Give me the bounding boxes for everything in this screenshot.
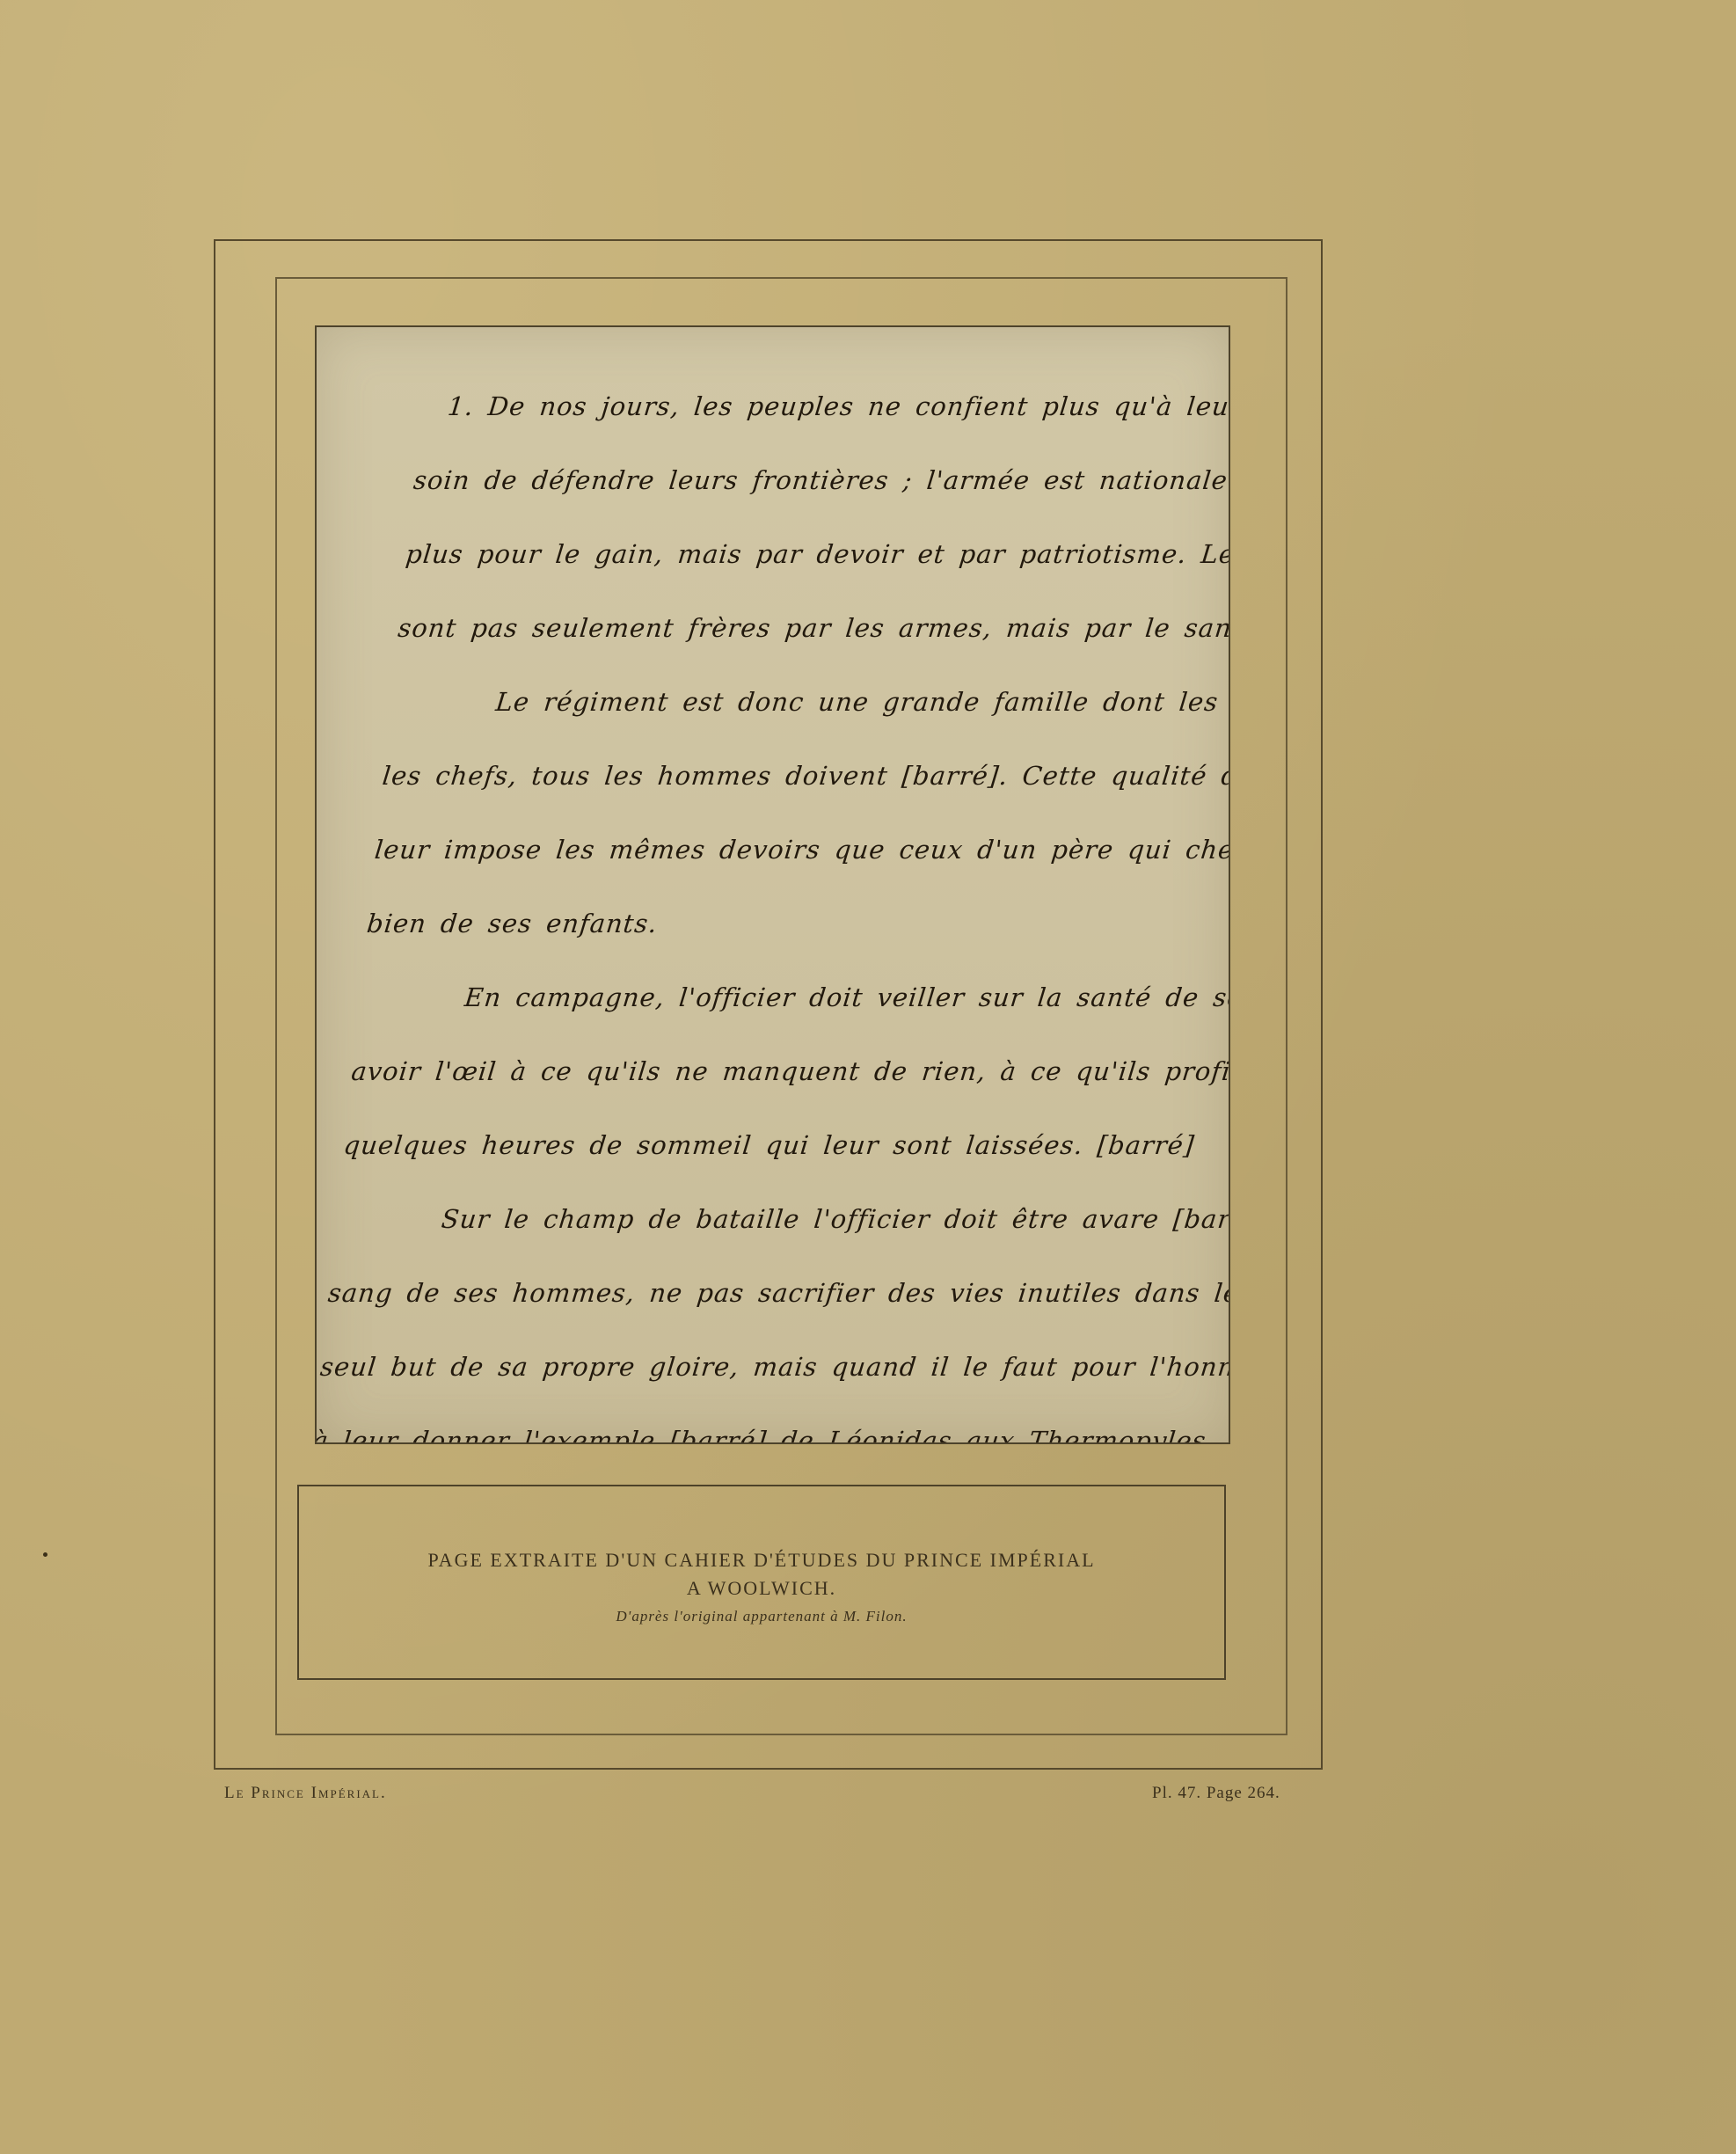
manuscript-line: les chefs, tous les hommes doivent [barr… [379,739,1230,813]
caption-title: Page extraite d'un cahier d'études du Pr… [299,1546,1224,1603]
manuscript-line: seul but de sa propre gloire, mais quand… [317,1330,1201,1404]
caption-title-line-2: a Woolwich. [299,1574,1224,1603]
running-footer-title: Le Prince Impérial. [224,1784,387,1803]
manuscript-line: soin de défendre leurs frontières ; l'ar… [410,443,1230,517]
manuscript-line: quelques heures de sommeil qui leur sont… [339,1108,1224,1182]
manuscript-line: Le régiment est donc une grande famille … [386,665,1230,739]
manuscript-line: plus pour le gain, mais par devoir et pa… [402,517,1230,591]
manuscript-line: à leur donner l'exemple [barré] de Léoni… [315,1404,1193,1444]
manuscript-plate: 1. De nos jours, les peuples ne confient… [315,325,1230,1444]
manuscript-line: sang de ses hommes, ne pas sacrifier des… [325,1256,1209,1330]
caption-source: D'après l'original appartenant à M. Filo… [299,1608,1224,1625]
plate-page-number: Pl. 47. Page 264. [1152,1784,1280,1803]
manuscript-line: En campagne, l'officier doit veiller sur… [355,960,1230,1034]
caption-title-line-1: Page extraite d'un cahier d'études du Pr… [299,1546,1224,1574]
manuscript-line: Sur le champ de bataille l'officier doit… [332,1182,1217,1256]
manuscript-line: avoir l'œil à ce qu'ils ne manquent de r… [347,1034,1230,1108]
manuscript-line: bien de ses enfants. [363,887,1230,960]
caption-box: Page extraite d'un cahier d'études du Pr… [297,1485,1226,1680]
manuscript-line: leur impose les mêmes devoirs que ceux d… [371,813,1230,887]
paper-speck [43,1552,47,1557]
manuscript-line: sont pas seulement frères par les armes,… [394,591,1230,665]
manuscript-line: 1. De nos jours, les peuples ne confient… [418,369,1230,443]
manuscript-text: 1. De nos jours, les peuples ne confient… [315,369,1230,1444]
